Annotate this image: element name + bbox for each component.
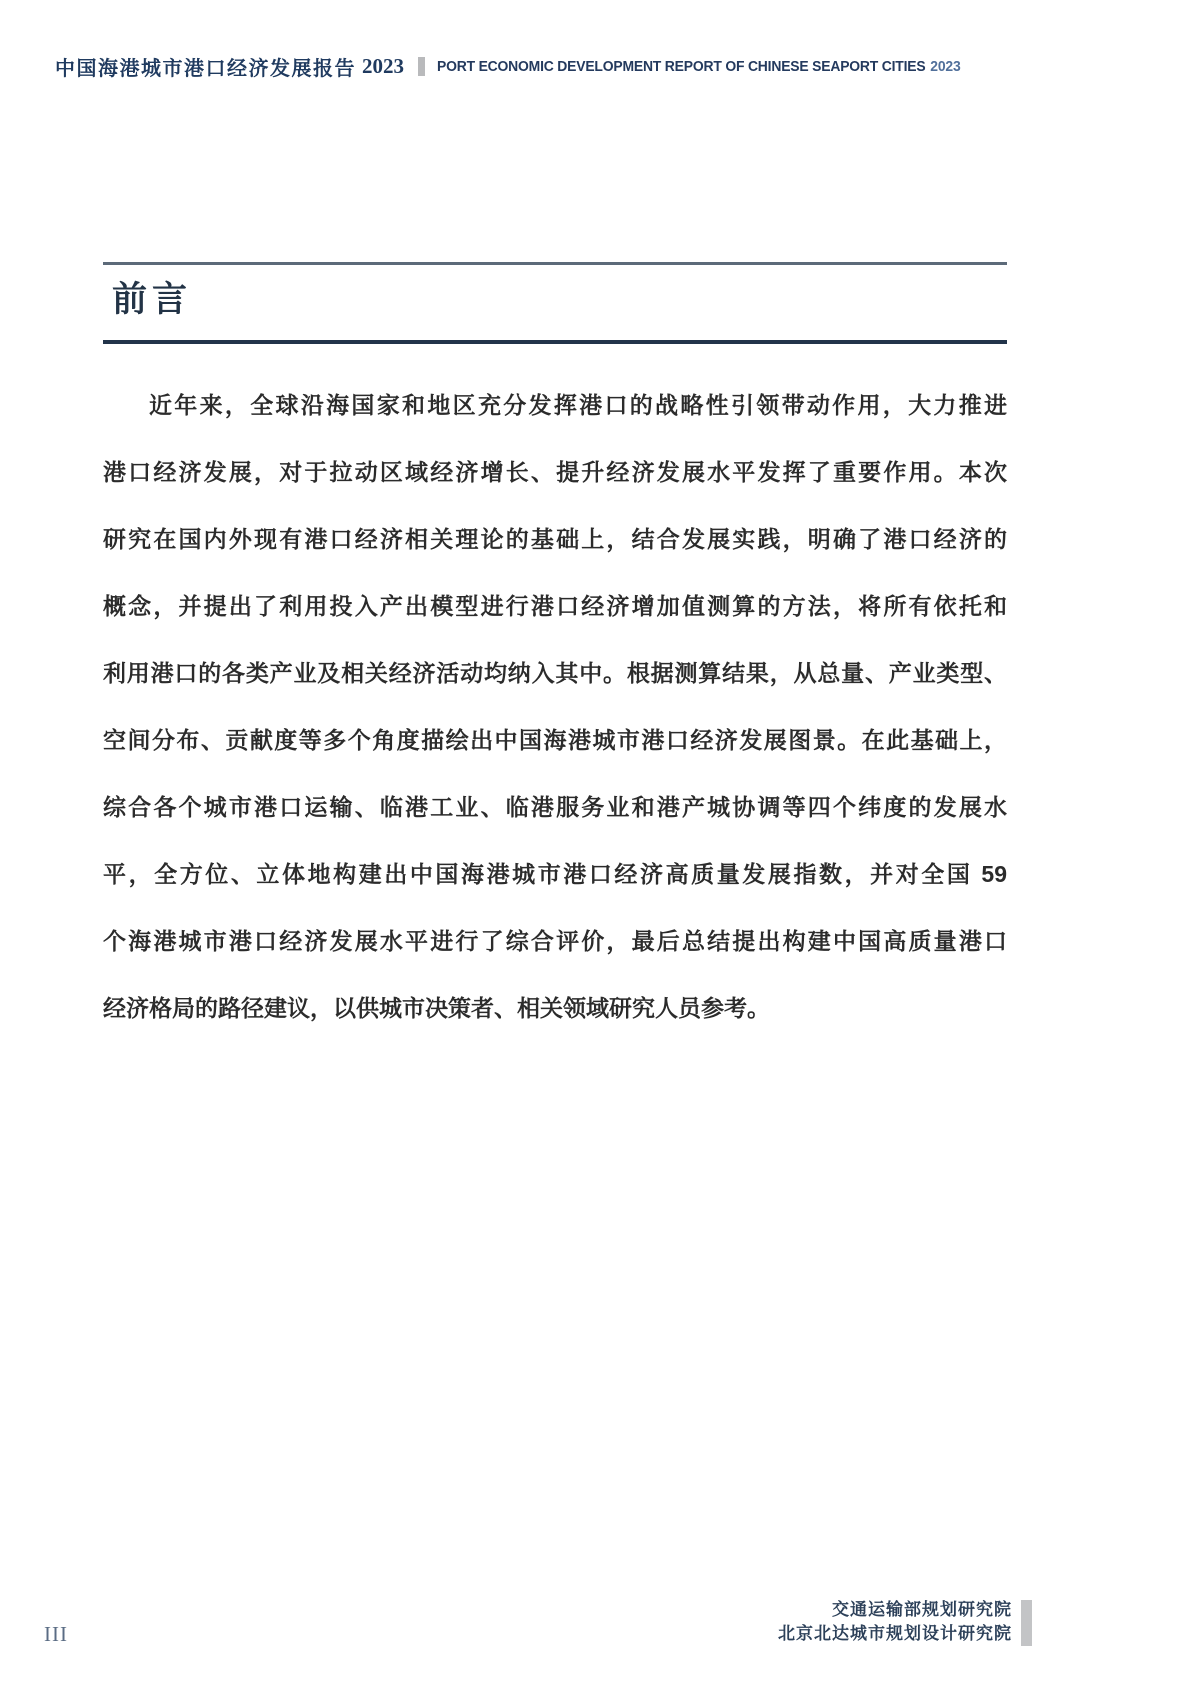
header-title-en-text: PORT ECONOMIC DEVELOPMENT REPORT OF CHIN…	[437, 59, 925, 75]
section-rule-top	[103, 262, 1007, 265]
page-number: III	[44, 1622, 68, 1647]
report-page: 中国海港城市港口经济发展报告 2023 PORT ECONOMIC DEVELO…	[0, 0, 1190, 1683]
paragraph-line: 空间分布、贡献度等多个角度描绘出中国海港城市港口经济发展图景。在此基础上，	[103, 707, 1007, 774]
header-title-year-zh: 2023	[362, 54, 404, 79]
footer-org-2: 北京北达城市规划设计研究院	[412, 1622, 1012, 1646]
header-title-zh: 中国海港城市港口经济发展报告	[55, 52, 356, 81]
header-separator-bar	[418, 57, 425, 76]
footer-accent-bar	[1021, 1600, 1032, 1646]
section-title: 前言	[112, 272, 192, 322]
paragraph-line: 利用港口的各类产业及相关经济活动均纳入其中。根据测算结果，从总量、产业类型、	[103, 640, 1007, 707]
header-title-year-en: 2023	[930, 59, 960, 75]
page-header: 中国海港城市港口经济发展报告 2023 PORT ECONOMIC DEVELO…	[55, 52, 1150, 81]
paragraph-line: 经济格局的路径建议，以供城市决策者、相关领域研究人员参考。	[103, 975, 1007, 1042]
section-rule-bottom	[103, 340, 1007, 344]
header-title-en: PORT ECONOMIC DEVELOPMENT REPORT OF CHIN…	[437, 59, 961, 75]
paragraph-line: 近年来，全球沿海国家和地区充分发挥港口的战略性引领带动作用，大力推进	[103, 372, 1007, 439]
paragraph-line: 个海港城市港口经济发展水平进行了综合评价，最后总结提出构建中国高质量港口	[103, 908, 1007, 975]
paragraph-line: 平，全方位、立体地构建出中国海港城市港口经济高质量发展指数，并对全国 59	[103, 841, 1007, 908]
paragraph-line: 概念，并提出了利用投入产出模型进行港口经济增加值测算的方法，将所有依托和	[103, 573, 1007, 640]
paragraph-line: 港口经济发展，对于拉动区域经济增长、提升经济发展水平发挥了重要作用。本次	[103, 439, 1007, 506]
footer-organizations: 交通运输部规划研究院 北京北达城市规划设计研究院	[412, 1598, 1012, 1646]
paragraph-line: 研究在国内外现有港口经济相关理论的基础上，结合发展实践，明确了港口经济的	[103, 506, 1007, 573]
footer-org-1: 交通运输部规划研究院	[412, 1598, 1012, 1622]
paragraph-line: 综合各个城市港口运输、临港工业、临港服务业和港产城协调等四个纬度的发展水	[103, 774, 1007, 841]
preface-paragraph: 近年来，全球沿海国家和地区充分发挥港口的战略性引领带动作用，大力推进 港口经济发…	[103, 372, 1007, 1042]
